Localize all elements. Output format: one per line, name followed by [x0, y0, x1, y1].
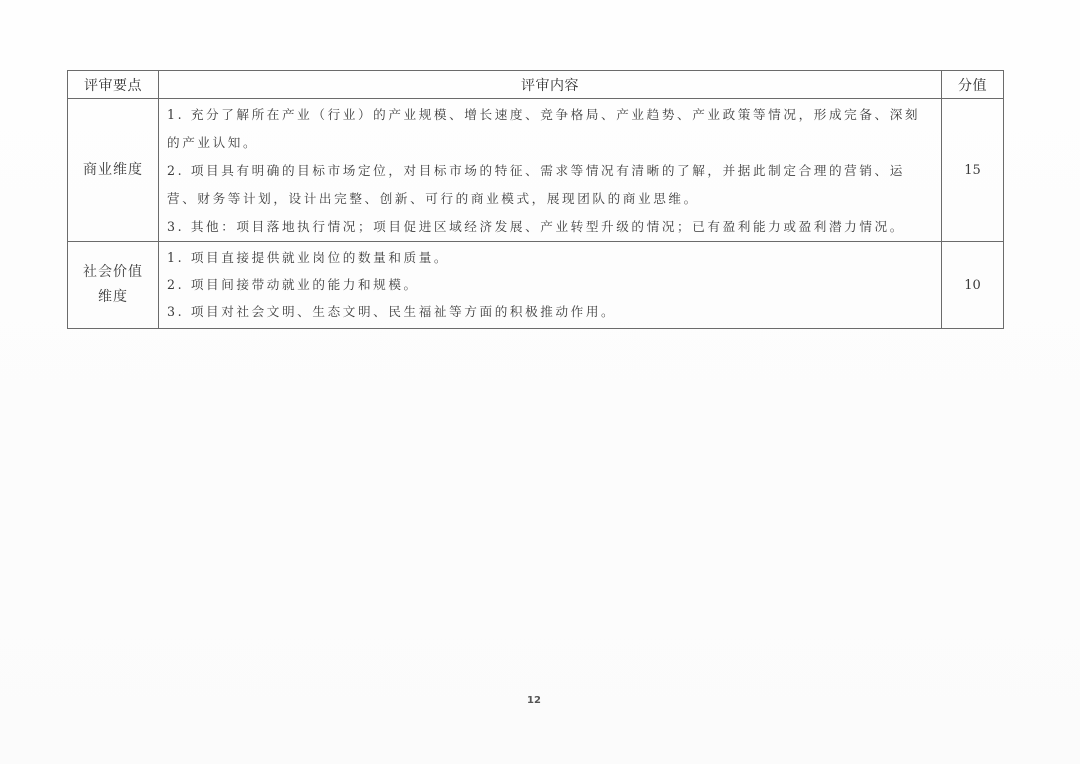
content-social-value: 1. 项目直接提供就业岗位的数量和质量。 2. 项目间接带动就业的能力和规模。 … [159, 242, 942, 329]
page-number: 12 [523, 695, 545, 706]
content-line: 1. 项目直接提供就业岗位的数量和质量。 [167, 244, 941, 271]
content-commercial: 1. 充分了解所在产业（行业）的产业规模、增长速度、竞争格局、产业趋势、产业政策… [159, 99, 942, 242]
dimension-label-line: 社会价值 [68, 260, 158, 285]
dimension-label-line: 商业维度 [68, 158, 158, 183]
content-line: 营、财务等计划，设计出完整、创新、可行的商业模式，展现团队的商业思维。 [167, 185, 941, 213]
score-commercial: 15 [942, 99, 1004, 242]
dimension-social-value: 社会价值 维度 [68, 242, 159, 329]
document-page: 评审要点 评审内容 分值 商业维度 1. 充分了解所在产业（行业）的产业规模、增… [0, 0, 1080, 764]
score-social-value: 10 [942, 242, 1004, 329]
content-line: 1. 充分了解所在产业（行业）的产业规模、增长速度、竞争格局、产业趋势、产业政策… [167, 101, 941, 129]
header-review-point: 评审要点 [68, 71, 159, 99]
content-line: 2. 项目具有明确的目标市场定位，对目标市场的特征、需求等情况有清晰的了解，并据… [167, 157, 941, 185]
dimension-label-line: 维度 [68, 285, 158, 310]
header-score: 分值 [942, 71, 1004, 99]
content-line: 的产业认知。 [167, 129, 941, 157]
content-line: 3. 项目对社会文明、生态文明、民生福祉等方面的积极推动作用。 [167, 298, 941, 325]
header-review-content: 评审内容 [159, 71, 942, 99]
content-line: 2. 项目间接带动就业的能力和规模。 [167, 271, 941, 298]
table-row-commercial: 商业维度 1. 充分了解所在产业（行业）的产业规模、增长速度、竞争格局、产业趋势… [68, 99, 1004, 242]
review-criteria-table: 评审要点 评审内容 分值 商业维度 1. 充分了解所在产业（行业）的产业规模、增… [67, 70, 1004, 329]
table-header-row: 评审要点 评审内容 分值 [68, 71, 1004, 99]
dimension-commercial: 商业维度 [68, 99, 159, 242]
content-line: 3. 其他：项目落地执行情况；项目促进区域经济发展、产业转型升级的情况；已有盈利… [167, 213, 941, 241]
table-row-social-value: 社会价值 维度 1. 项目直接提供就业岗位的数量和质量。 2. 项目间接带动就业… [68, 242, 1004, 329]
